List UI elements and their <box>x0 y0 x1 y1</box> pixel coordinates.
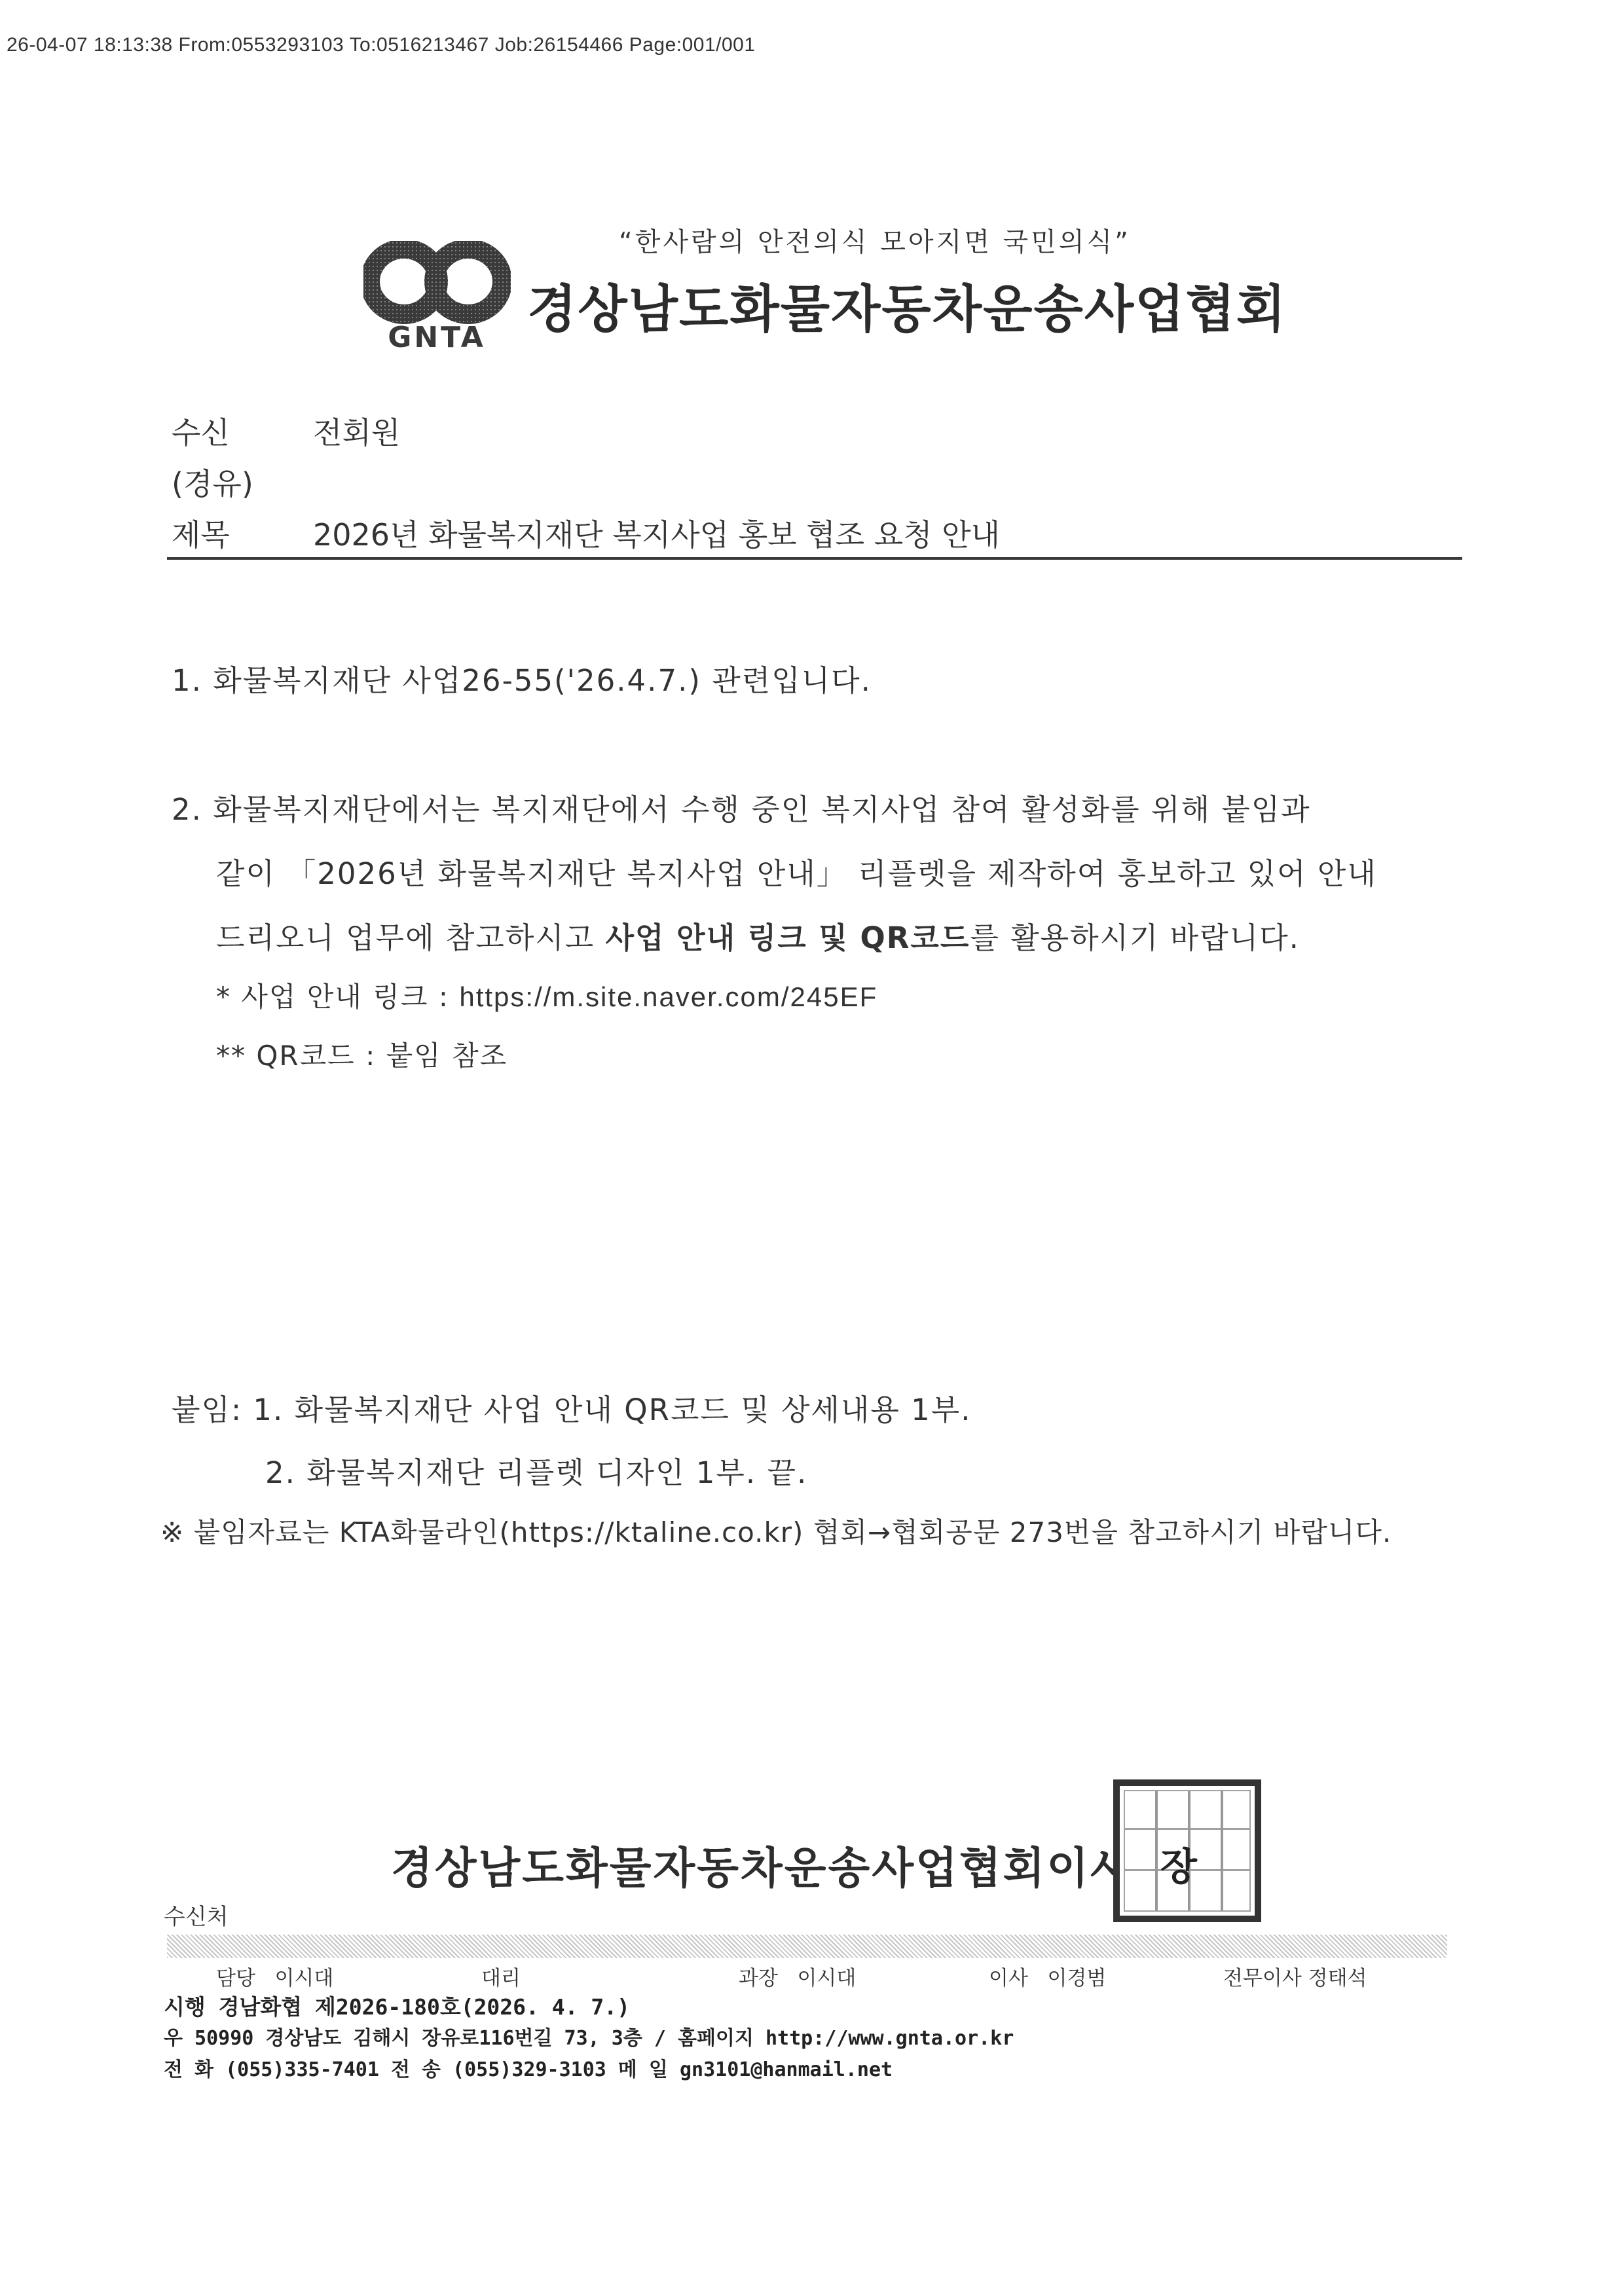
recipient-row: 수신 전회원 <box>0 409 1624 448</box>
approval-3: 과장 이시대 <box>739 1961 856 1991</box>
approval-name: 정태석 <box>1308 1967 1367 1990</box>
body-item-1: 1. 화물복지재단 사업26-55('26.4.7.) 관련입니다. <box>172 657 872 699</box>
contact-line: 전 화 (055)335-7401 전 송 (055)329-3103 메 일 … <box>164 2053 893 2082</box>
approval-role: 이사 <box>989 1967 1028 1990</box>
attachment-1: 붙임: 1. 화물복지재단 사업 안내 QR코드 및 상세내용 1부. <box>172 1386 972 1429</box>
attachment-note: ※ 붙임자료는 KTA화물라인(https://ktaline.co.kr) 협… <box>160 1511 1392 1550</box>
approval-name: 이경범 <box>1047 1967 1106 1990</box>
approval-5: 전무이사 정태석 <box>1223 1961 1367 1991</box>
recipient-value: 전회원 <box>313 409 400 452</box>
business-link[interactable]: https://m.site.naver.com/245EF <box>459 981 877 1012</box>
body-text: 드리오니 업무에 참고하시고 <box>216 920 606 955</box>
organization-name: 경상남도화물자동차운송사업협회 <box>527 268 1287 342</box>
recipients-label: 수신처 <box>164 1899 229 1931</box>
footer-stripe <box>167 1935 1447 1958</box>
attachment-2: 2. 화물복지재단 리플렛 디자인 1부. 끝. <box>265 1449 807 1491</box>
approval-role: 담당 <box>216 1967 255 1990</box>
approval-role: 전무이사 <box>1223 1967 1302 1990</box>
logo-text: GNTA <box>388 321 486 352</box>
gnta-logo: GNTA <box>363 241 511 352</box>
sender-signature: 경상남도화물자동차운송사업협회이사장 <box>391 1833 1178 1895</box>
subject-row: 제목 2026년 화물복지재단 복지사업 홍보 협조 요청 안내 <box>0 511 1624 551</box>
slogan: “한사람의 안전의식 모아지면 국민의식” <box>619 221 1131 259</box>
via-label: (경유) <box>172 460 253 503</box>
note-qr: ** QR코드 : 붙임 참조 <box>216 1034 507 1074</box>
note-link: * 사업 안내 링크 : https://m.site.naver.com/24… <box>216 975 877 1015</box>
approval-1: 담당 이시대 <box>216 1961 333 1991</box>
official-seal: 장 <box>1113 1779 1261 1922</box>
via-row: (경유) <box>0 460 1624 500</box>
header-divider <box>167 557 1462 560</box>
approval-name: 이시대 <box>274 1967 333 1990</box>
body-text: 를 활용하시기 바랍니다. <box>970 920 1300 955</box>
approval-role: 과장 <box>739 1967 778 1990</box>
approval-role: 대리 <box>481 1967 521 1990</box>
approval-4: 이사 이경범 <box>989 1961 1106 1991</box>
seal-char: 장 <box>1160 1836 1197 1891</box>
body-item-2-line-1: 2. 화물복지재단에서는 복지재단에서 수행 중인 복지사업 참여 활성화를 위… <box>172 786 1311 828</box>
approval-2: 대리 <box>481 1961 521 1991</box>
recipient-label: 수신 <box>172 409 230 452</box>
approval-name: 이시대 <box>797 1967 856 1990</box>
body-item-2-line-3: 드리오니 업무에 참고하시고 사업 안내 링크 및 QR코드를 활용하시기 바랍… <box>216 914 1300 957</box>
subject-label: 제목 <box>172 511 230 555</box>
emphasis-text: 사업 안내 링크 및 QR코드 <box>606 920 970 955</box>
note-link-label: * 사업 안내 링크 : <box>216 981 459 1013</box>
fax-transmission-header: 26-04-07 18:13:38 From:0553293103 To:051… <box>7 34 756 56</box>
enforcement-number: 시행 경남화협 제2026-180호(2026. 4. 7.) <box>164 1990 630 2021</box>
infinity-logo-icon: GNTA <box>363 241 511 352</box>
subject-value: 2026년 화물복지재단 복지사업 홍보 협조 요청 안내 <box>313 511 1000 555</box>
body-item-2-line-2: 같이 「2026년 화물복지재단 복지사업 안내」 리플렛을 제작하여 홍보하고… <box>216 850 1377 892</box>
address-line: 우 50990 경상남도 김해시 장유로116번길 73, 3층 / 홈페이지 … <box>164 2022 1014 2050</box>
